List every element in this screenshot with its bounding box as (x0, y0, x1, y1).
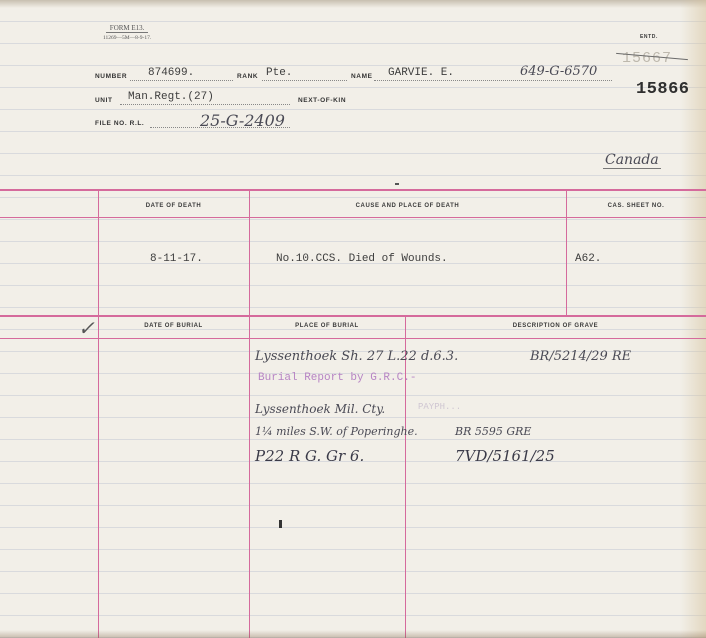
stamp-number: 15866 (636, 80, 690, 99)
checkmark: ✓ (78, 316, 95, 340)
file-number-label: File No. R.L. (95, 120, 144, 127)
header-place-of-burial: Place of Burial (249, 323, 405, 329)
death-header-rule (0, 217, 706, 218)
grave-description-3: 7VD/5161/25 (455, 447, 555, 465)
unit-value: Man.Regt.(27) (128, 91, 214, 103)
burial-place-4: P22 R G. Gr 6. (255, 447, 364, 465)
burial-place-3: 1¼ miles S.W. of Poperinghe. (255, 425, 418, 438)
cas-sheet-number: A62. (575, 253, 601, 265)
crossed-stamp-number: 15667 (622, 50, 672, 67)
grave-description-2: BR 5595 GRE (455, 425, 531, 438)
next-of-kin-label: Next-of-Kin (298, 97, 346, 104)
name-value: GARVIE. E. (388, 67, 454, 79)
page-edge (0, 630, 706, 638)
form-id: FORM E13. 11269—5M—8-9-17. (103, 24, 151, 42)
form-id-label: FORM E13. (106, 24, 149, 33)
ink-mark (279, 520, 282, 528)
ink-mark (395, 183, 399, 185)
header-cause-place-of-death: Cause and Place of Death (249, 203, 566, 209)
burial-place-2: Lyssenthoek Mil. Cty. (255, 402, 385, 416)
grave-description-1: BR/5214/29 RE (530, 349, 631, 364)
unit-label: Unit (95, 97, 113, 104)
record-card: FORM E13. 11269—5M—8-9-17. Entd. 15667 1… (0, 0, 706, 638)
column-divider-2 (249, 189, 250, 638)
form-print-code: 11269—5M—8-9-17. (103, 35, 151, 41)
burial-place-1: Lyssenthoek Sh. 27 L.22 d.6.3. (255, 349, 458, 364)
header-description-of-grave: Description of Grave (405, 323, 706, 329)
burial-header-rule (0, 338, 706, 339)
header-date-of-burial: Date of Burial (98, 323, 249, 329)
country: Canada (603, 152, 661, 169)
burial-report-stamp: Burial Report by G.R.C.- (258, 372, 416, 384)
name-label: Name (351, 73, 373, 80)
death-table-top-rule (0, 189, 706, 191)
number-label: Number (95, 73, 127, 80)
date-of-death: 8-11-17. (150, 253, 203, 265)
entered-label: Entd. (640, 34, 658, 40)
burial-table-top-rule (0, 315, 706, 317)
header-date-of-death: Date of Death (98, 203, 249, 209)
column-divider-1 (98, 189, 99, 638)
header-cas-sheet-no: Cas. Sheet No. (566, 203, 706, 209)
rank-label: Rank (237, 73, 258, 80)
number-value: 874699. (148, 67, 194, 79)
name-reference: 649-G-6570 (520, 64, 597, 79)
faint-stamp: PAYPH... (418, 402, 461, 412)
rank-value: Pte. (266, 67, 292, 79)
file-number-value: 25-G-2409 (200, 111, 285, 130)
cause-of-death: No.10.CCS. Died of Wounds. (276, 253, 448, 265)
